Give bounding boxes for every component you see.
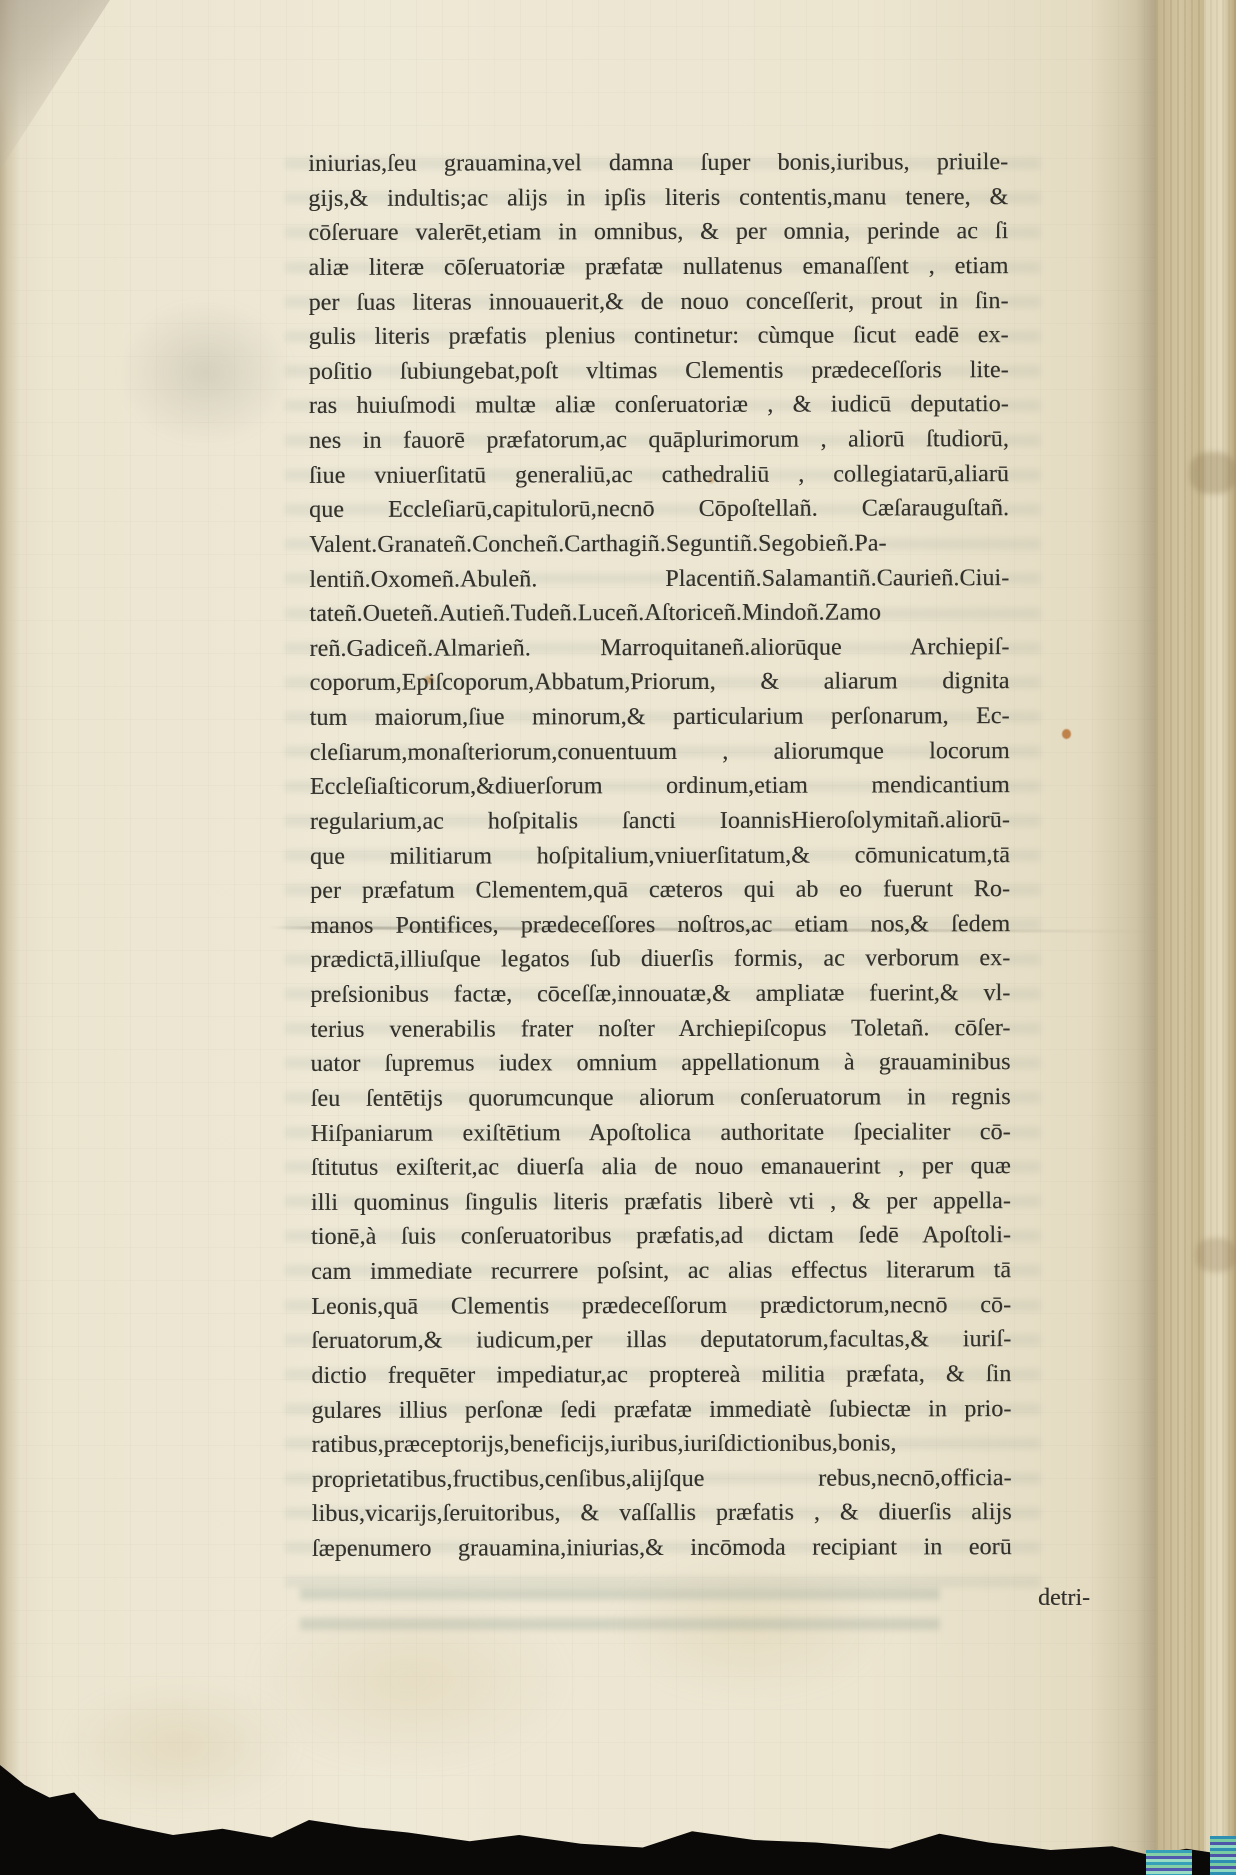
text-line: tionē,à ſuis conſeruatoribus præfatis,ad… bbox=[311, 1218, 1011, 1254]
text-line: per præfatum Clementem,quā cæteros qui a… bbox=[310, 872, 1010, 908]
text-line: tum maiorum,ſiue minorum,& particularium… bbox=[310, 699, 1010, 735]
text-line: ratibus,præceptorijs,beneficijs,iuribus,… bbox=[311, 1426, 1011, 1462]
text-line: Eccleſiaſticorum,&diuerſorum ordinum,eti… bbox=[310, 768, 1010, 804]
text-line: que militiarum hoſpitalium,vniuerſitatum… bbox=[310, 838, 1010, 874]
fore-edge-notch bbox=[1190, 452, 1236, 494]
text-line: que Eccleſiarū,capitulorū,necnō Cōpoſtel… bbox=[309, 491, 1009, 527]
text-line: coporum,Epiſcoporum,Abbatum,Priorum, & a… bbox=[310, 664, 1010, 700]
text-line: Hiſpaniarum exiſtētium Apoſtolica author… bbox=[311, 1115, 1011, 1151]
left-page-edge bbox=[0, 0, 20, 1875]
scanner-artifact bbox=[1210, 1836, 1236, 1875]
book-scan: iniurias,ſeu grauamina,vel damna ſuper b… bbox=[0, 0, 1236, 1875]
text-line: preſsionibus factæ, cōceſſæ,innouatæ,& a… bbox=[310, 976, 1010, 1012]
text-line: ſeu ſentētijs quorumcunque aliorum conſe… bbox=[311, 1080, 1011, 1116]
text-line: ſiue vniuerſitatū generaliū,ac cathedral… bbox=[309, 457, 1009, 493]
text-line: terius venerabilis frater noſter Archiep… bbox=[310, 1011, 1010, 1047]
text-line: ſeruatorum,& iudicum,per illas deputator… bbox=[311, 1322, 1011, 1358]
text-line: ſtitutus exiſterit,ac diuerſa alia de no… bbox=[311, 1149, 1011, 1185]
text-line: proprietatibus,fructibus,cenſibus,alijſq… bbox=[312, 1461, 1012, 1497]
text-line: poſitio ſubiungebat,poſt vltimas Clement… bbox=[309, 353, 1009, 389]
text-line: gijs,& indultis;ac alijs in ipſis literi… bbox=[308, 180, 1008, 216]
text-line: illi quominus ſingulis literis præfatis … bbox=[311, 1184, 1011, 1220]
text-line: gulares illius perſonæ ſedi præfatæ imme… bbox=[311, 1392, 1011, 1428]
catchword: detri- bbox=[310, 1585, 1090, 1612]
text-line: iniurias,ſeu grauamina,vel damna ſuper b… bbox=[308, 145, 1008, 181]
rust-spot bbox=[1062, 729, 1071, 739]
text-line: Valent.Granateñ.Concheñ.Carthagiñ.Segunt… bbox=[309, 526, 1009, 562]
text-line: per ſuas literas innouauerit,& de nouo c… bbox=[309, 284, 1009, 320]
text-line: nes in fauorē præfatorum,ac quāplurimoru… bbox=[309, 422, 1009, 458]
text-line: tateñ.Oueteñ.Autieñ.Tudeñ.Luceñ.Aſtorice… bbox=[309, 595, 1009, 631]
text-line: lentiñ.Oxomeñ.Abuleñ. Placentiñ.Salamant… bbox=[309, 561, 1009, 597]
text-line: ſæpenumero grauamina,iniurias,& incōmoda… bbox=[312, 1530, 1012, 1566]
text-line: regularium,ac hoſpitalis ſancti IoannisH… bbox=[310, 803, 1010, 839]
text-line: libus,vicarijs,ſeruitoribus, & vaſſallis… bbox=[312, 1495, 1012, 1531]
text-line: manos Pontifices, prædeceſſores noſtros,… bbox=[310, 907, 1010, 943]
fore-edge-strip bbox=[1156, 0, 1204, 1875]
fore-edge-notch bbox=[1196, 1238, 1236, 1272]
text-line: reñ.Gadiceñ.Almarieñ. Marroquitaneñ.alio… bbox=[309, 630, 1009, 666]
text-line: aliæ literæ cōſeruatoriæ præfatæ nullate… bbox=[308, 249, 1008, 285]
text-line: Leonis,quā Clementis prædeceſſorum prædi… bbox=[311, 1288, 1011, 1324]
text-line: cam immediate recurrere poſsint, ac alia… bbox=[311, 1253, 1011, 1289]
fore-edge-strip-outer bbox=[1204, 0, 1236, 1875]
text-line: dictio frequēter impediatur,ac proptereà… bbox=[311, 1357, 1011, 1393]
text-line: cōſeruare valerēt,etiam in omnibus, & pe… bbox=[308, 214, 1008, 250]
text-line: uator ſupremus iudex omnium appellationu… bbox=[310, 1045, 1010, 1081]
text-line: prædictā,illiuſque legatos ſub diuerſis … bbox=[310, 941, 1010, 977]
text-line: ras huiuſmodi multæ aliæ conſeruatoriæ ,… bbox=[309, 387, 1009, 423]
text-line: gulis literis præfatis plenius continetu… bbox=[309, 318, 1009, 354]
page-curl-shadow bbox=[1090, 0, 1156, 1875]
scanner-artifact bbox=[1146, 1850, 1192, 1875]
text-line: cleſiarum,monaſteriorum,conuentuum , ali… bbox=[310, 734, 1010, 770]
text-block: iniurias,ſeu grauamina,vel damna ſuper b… bbox=[308, 145, 1012, 1566]
